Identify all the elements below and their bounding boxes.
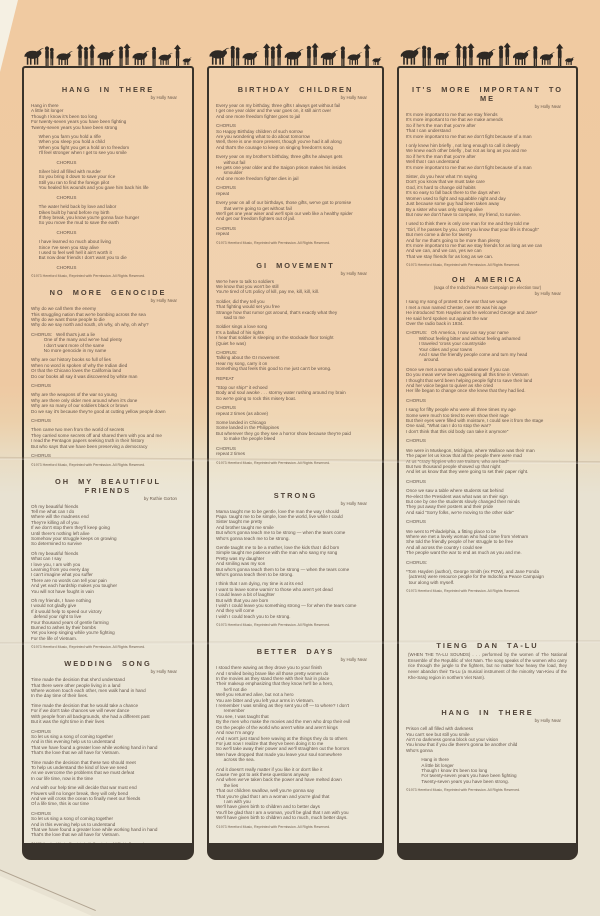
- lyric-paragraph: I only knew him briefly , not long enoug…: [406, 143, 569, 170]
- copyright-notice: ©1973 Hereford Music, Reprinted with Per…: [216, 623, 375, 627]
- song-credit: by Holly Near: [31, 298, 177, 303]
- lyric-paragraph: Mama taught me to be gentle, love the ma…: [216, 509, 375, 541]
- lyric-paragraph: CHORUS:Talking about the GI movementHear…: [216, 350, 375, 372]
- lyric-line: CHORUS: [31, 195, 185, 200]
- lyric-paragraph: Some landed in ChicagoSome landed in the…: [216, 420, 375, 442]
- lyric-line: CHORUS: [31, 418, 185, 423]
- copyright-notice: ©1973 Hereford Music, Reprinted with Per…: [406, 263, 569, 267]
- lyric-paragraph: And with our help time will decide that …: [31, 785, 185, 807]
- lyric-paragraph: Gentle taught me to be a mother, love th…: [216, 545, 375, 577]
- song-title: BIRTHDAY CHILDREN: [216, 85, 375, 94]
- lyric-paragraph: CHORUS: [406, 519, 569, 524]
- song-title: WEDDING SONG: [31, 659, 185, 668]
- lyric-paragraph: Why are the weapons of the war so youngW…: [31, 392, 185, 414]
- lyric-paragraph: Oh my beautiful friendsWhat can I sayI l…: [31, 551, 185, 594]
- lyric-line: to make the people bleed: [216, 436, 375, 441]
- song-wedding-song: WEDDING SONGby Holly NearTime made the d…: [31, 659, 185, 843]
- lyric-line: In the day time of their lives.: [31, 693, 185, 698]
- lyric-line: You will not have fought in vain: [31, 589, 185, 594]
- lyric-paragraph: CHORUS: [31, 418, 185, 423]
- lyric-line: But now dear friends I don't want you to…: [31, 255, 185, 260]
- lyric-line: Do we say it's because they're good at c…: [31, 409, 185, 414]
- lyric-line: I don't think that this old body can tak…: [406, 429, 569, 434]
- lyric-line: Over the radio back in 1934.: [406, 321, 569, 326]
- song-hang-in-there: HANG IN THEREby Holly NearHang in thereA…: [31, 85, 185, 278]
- lyric-line: It's more important to me that we don't …: [406, 134, 569, 139]
- lyric-line: Why do we say north and south, oh why, o…: [31, 322, 185, 327]
- song-title: GI MOVEMENT: [216, 261, 375, 270]
- column-frame: BIRTHDAY CHILDRENby Holly NearEvery year…: [207, 66, 384, 860]
- lyrics-column-3: IT'S MORE IMPORTANT TO MEby Holly NearIt…: [397, 66, 578, 860]
- frame-bottom-bar: [23, 843, 193, 859]
- lyric-paragraph: CHORUSSo let us sing a song of coming to…: [31, 811, 185, 838]
- lyric-line: The people want the war to end as much a…: [406, 550, 569, 555]
- song-title: IT'S MORE IMPORTANT TO ME: [406, 85, 569, 103]
- lyric-line: (Quiet he was): [216, 341, 375, 346]
- lyric-line: CHORUS: [406, 519, 569, 524]
- copyright-notice: ©1973 Hereford Music, Reprinted with Per…: [31, 645, 185, 649]
- lyric-paragraph: I sang my song of protest to the war tha…: [406, 299, 569, 326]
- lyric-paragraph: CHORUSrepeat: [216, 226, 375, 237]
- lyric-paragraph: CHORUS: [31, 160, 185, 165]
- song-title: BETTER DAYS: [216, 647, 375, 656]
- lyric-paragraph: I used to think there is only one man fo…: [406, 221, 569, 259]
- lyric-line: It's more important to me that we don't …: [406, 165, 569, 170]
- lyric-paragraph: CHORUS: [31, 230, 185, 235]
- lyric-paragraph: Time made the decision that he would tak…: [31, 703, 185, 725]
- lyric-line: But who says that we have been preservin…: [31, 444, 185, 449]
- copyright-notice: ©1973 Hereford Music, Reprinted with Per…: [216, 461, 375, 465]
- lyric-line: But now we don't have to compete, my fri…: [406, 212, 569, 217]
- lyric-paragraph: Every year on my birthday, three gifts I…: [216, 103, 375, 119]
- lyric-line: repeat 2 times (as above): [216, 411, 375, 416]
- lyric-line: CHORUS: [31, 453, 185, 458]
- lyric-paragraph: "Stop our ship!" it echoedBody and soul …: [216, 385, 375, 401]
- lyric-line: Who's gonna teach them to be strong.: [216, 572, 375, 577]
- lyric-paragraph: Prison cell all filled with darknessYou …: [406, 726, 569, 753]
- song-credit: by Holly Near: [31, 669, 177, 674]
- lyric-line: REPEAT: [216, 376, 375, 381]
- lyric-line: across the sea.: [216, 757, 375, 762]
- lyric-paragraph: CHORUS: Well that's just a lie One of th…: [31, 332, 185, 354]
- lyric-paragraph: We went to Philadelphia, a fitting place…: [406, 529, 569, 556]
- lyric-paragraph: CHORUS: [31, 195, 185, 200]
- lyric-paragraph: And it doesn't really matter if you like…: [216, 767, 375, 821]
- lyric-line: And said "Sorry folks, we're moving to t…: [406, 510, 569, 515]
- song-title: HANG IN THERE: [31, 85, 185, 94]
- lyric-paragraph: CHORUS: [406, 479, 569, 484]
- song-credit: by Holly Near: [406, 104, 561, 109]
- lyric-line: And that's the courage to keep on singin…: [216, 145, 375, 150]
- copyright-notice: ©1973 Hereford Music, Reprinted with Per…: [31, 274, 185, 278]
- lyric-line: No more genocide in my name: [31, 348, 185, 353]
- farmers-buffalo-frieze: [23, 39, 193, 66]
- lyric-line: said to me: [216, 315, 375, 320]
- column-frame: HANG IN THEREby Holly NearHang in thereA…: [22, 66, 194, 860]
- lyric-line: So determined to survive: [31, 541, 185, 546]
- lyric-line: Of a life time, this is our time: [31, 801, 185, 806]
- lyric-paragraph: Once we saw a table where students sat b…: [406, 488, 569, 515]
- lyric-paragraph: CHORUS: [31, 453, 185, 458]
- lyric-paragraph: REPEAT: [216, 376, 375, 381]
- column-content: IT'S MORE IMPORTANT TO MEby Holly NearIt…: [399, 68, 576, 843]
- lyric-line: CHORUS: [31, 383, 185, 388]
- song-note: (WHEN THE TA-LU SOUNDS) . . . performed …: [408, 652, 567, 680]
- lyric-line: CHORUS: [31, 265, 185, 270]
- song-credit: by Holly Near: [216, 501, 367, 506]
- lyric-line: Every year on all of our birthdays, thos…: [216, 200, 375, 205]
- lyric-paragraph: CHORUS: Oh America, I now can say your n…: [406, 330, 569, 362]
- frame-bottom-bar: [208, 843, 383, 859]
- song-better-days: BETTER DAYSby Holly NearI stood there wa…: [216, 647, 375, 828]
- song-credit: by Ruthie Gorton: [31, 496, 177, 501]
- lyric-line: CHORUS: [406, 438, 569, 443]
- lyric-paragraph: Once we met a woman who said answer if y…: [406, 367, 569, 394]
- lyric-line: That's the love that we all have for Vie…: [31, 832, 185, 837]
- column-frame: IT'S MORE IMPORTANT TO MEby Holly NearIt…: [397, 66, 578, 860]
- lyric-paragraph: CHORUSrepeat 2 times (as above): [216, 405, 375, 416]
- song-title: NO MORE GENOCIDE: [31, 288, 185, 297]
- lyric-line: So you move the mud to save the earth: [31, 220, 185, 225]
- lyric-line: For the life of Vietnam.: [31, 636, 185, 641]
- lyrics-column-2: BIRTHDAY CHILDRENby Holly NearEvery year…: [207, 66, 384, 860]
- lyric-paragraph: CHORUS: [31, 265, 185, 270]
- lyric-line: CHORUS: [406, 398, 569, 403]
- lyric-paragraph: Soldier sings a love songIt's a ballad o…: [216, 324, 375, 346]
- lyric-line: And one more freedom fighter dies in jai…: [216, 176, 375, 181]
- lyric-paragraph: CHORUSrepeat 2 times: [216, 446, 375, 457]
- song-subtitle: (saga of the Indochina Peace Campaign pr…: [406, 285, 569, 290]
- farmers-buffalo-frieze: [208, 39, 383, 66]
- lyric-paragraph: It's more important to me that we stay f…: [406, 112, 569, 139]
- lyric-paragraph: Silver bird all filled with murder So yo…: [31, 169, 185, 191]
- lyric-paragraph: Why are our history books so full of lie…: [31, 357, 185, 379]
- lyric-line: CHORUS: [31, 230, 185, 235]
- paper-corner-top-left: [0, 0, 18, 72]
- lyric-line: And get our freedom fighters out of jail…: [216, 216, 375, 221]
- lyric-line: repeat: [216, 191, 375, 196]
- song-title: STRONG: [216, 491, 375, 500]
- lyric-paragraph: CHORUSSo let us sing a song of coming to…: [31, 729, 185, 756]
- lyric-line: But it was the right time in their lives: [31, 719, 185, 724]
- lyric-line: That's the love that we all have for Vie…: [31, 750, 185, 755]
- lyric-line: I wish I could teach you to be strong.: [216, 614, 375, 619]
- lyric-line: That we stay friends for as long as we c…: [406, 254, 569, 259]
- lyric-paragraph: CHORUS:: [406, 560, 569, 565]
- lyric-paragraph: Oh my beautiful friendsTell me what can …: [31, 504, 185, 547]
- lyric-paragraph: Sister, do you hear what I'm sayingDon't…: [406, 174, 569, 217]
- lyric-paragraph: The water held back by love and labor Di…: [31, 204, 185, 226]
- lyric-line: So we're going to rock this misery boat.: [216, 396, 375, 401]
- lyric-paragraph: Soldier, did they tell youThat fighting …: [216, 299, 375, 321]
- paper-corner-bottom-left: [0, 876, 92, 916]
- song-title: OH MY BEAUTIFUL FRIENDS: [31, 477, 185, 495]
- lyric-paragraph: Oh my friends, I have nothingI would not…: [31, 598, 185, 641]
- lyric-line: tour along with myself.: [406, 580, 569, 585]
- song-birthday-children: BIRTHDAY CHILDRENby Holly NearEvery year…: [216, 85, 375, 245]
- lyric-line: And let us know that they were going to …: [406, 469, 569, 474]
- lyric-paragraph: I think that I am dying, my time is at i…: [216, 581, 375, 619]
- song-it-s-more-important-to-me: IT'S MORE IMPORTANT TO MEby Holly NearIt…: [406, 85, 569, 267]
- lyrics-column-1: HANG IN THEREby Holly NearHang in thereA…: [22, 66, 194, 860]
- lyric-line: repeat: [216, 231, 375, 236]
- lyric-line: CHORUS: [406, 479, 569, 484]
- farmers-buffalo-frieze: [398, 39, 577, 66]
- song-gi-movement: GI MOVEMENTby Holly NearWe're here to ta…: [216, 261, 375, 465]
- lyric-line: CHORUS:: [406, 560, 569, 565]
- lyric-paragraph: I sang for fifty people who were all thr…: [406, 407, 569, 434]
- lyric-line: repeat 2 times: [216, 451, 375, 456]
- song-title: OH AMERICA: [406, 275, 569, 284]
- lyric-paragraph: I have learned so much about living Sinc…: [31, 239, 185, 261]
- lyric-line: Who's gonna teach me to be strong.: [216, 536, 375, 541]
- lyric-line: Do our books all say it was discovered b…: [31, 374, 185, 379]
- song-credit: by Holly Near: [216, 271, 367, 276]
- lyric-line: We'll have given birth to children and t…: [216, 815, 375, 820]
- lyric-line: And one more freedom fighter goes to jai…: [216, 114, 375, 119]
- song-oh-america: OH AMERICA(saga of the Indochina Peace C…: [406, 275, 569, 593]
- lyric-line: Her life began to change once she knew t…: [406, 388, 569, 393]
- song-credit: by Holly Near: [406, 291, 561, 296]
- lyric-line: You healed his wounds and you gave him b…: [31, 185, 185, 190]
- lyric-line: CHORUS: [31, 160, 185, 165]
- lyric-paragraph: Why do we call them the enemyThis strugg…: [31, 306, 185, 328]
- lyric-line: Twenty-seven years you have been strong.: [406, 779, 569, 784]
- lyric-line: Something that feels this good to me jus…: [216, 366, 375, 371]
- lyric-paragraph: CHORUSrepeat: [216, 185, 375, 196]
- lyric-paragraph: CHORUS: [406, 438, 569, 443]
- lyric-paragraph: Every year on all of our birthdays, thos…: [216, 200, 375, 222]
- song-tieng-dan-ta-lu: TIENG DAN TA-LU(WHEN THE TA-LU SOUNDS) .…: [406, 641, 569, 680]
- lyric-line: around.: [406, 357, 569, 362]
- lyric-paragraph: We were in Muskegon, Michigan, where Wal…: [406, 448, 569, 475]
- song-hang-in-there: HANG IN THEREby Holly NearPrison cell al…: [406, 708, 569, 792]
- lyric-paragraph: CHORUS: [31, 383, 185, 388]
- copyright-notice: ©1973 Hereford Music, Reprinted with Per…: [216, 241, 375, 245]
- lyric-line: Who's gonna: [406, 748, 569, 753]
- lyric-paragraph: Then came two men from the world of secr…: [31, 427, 185, 449]
- lyric-paragraph: Every year on my brother's birthday, thr…: [216, 154, 375, 181]
- song-credit: by Holly Near: [216, 657, 367, 662]
- lyric-line: Twenty-seven years you have been strong: [31, 125, 185, 130]
- copyright-notice: ©1973 Hereford Music, Reprinted with Per…: [406, 788, 569, 792]
- song-credit: by Holly Near: [216, 95, 367, 100]
- lyric-sheet-page: HANG IN THEREby Holly NearHang in thereA…: [0, 0, 600, 916]
- lyric-line: I'll feel stronger when I get to see you…: [31, 150, 185, 155]
- copyright-notice: ©1973 Hereford Music, Reprinted with Per…: [406, 589, 569, 593]
- lyric-paragraph: CHORUSSo Happy Birthday children of such…: [216, 123, 375, 150]
- copyright-notice: ©1973 Hereford Music, Reprinted with Per…: [216, 825, 375, 829]
- lyric-line: You're tired of US policy of kill, pay m…: [216, 289, 375, 294]
- lyric-paragraph: We're here to talk to soldiersWe know th…: [216, 279, 375, 295]
- lyric-paragraph: CHORUS: [406, 398, 569, 403]
- song-title: HANG IN THERE: [406, 708, 569, 717]
- lyric-paragraph: Time made the decision that she'd unders…: [31, 677, 185, 699]
- lyric-paragraph: I stood there waving as they drove you t…: [216, 665, 375, 762]
- frame-bottom-bar: [398, 843, 577, 859]
- song-title: TIENG DAN TA-LU: [406, 641, 569, 650]
- column-content: BIRTHDAY CHILDRENby Holly NearEvery year…: [209, 68, 382, 843]
- copyright-notice: ©1973 Hereford Music, Reprinted with Per…: [31, 463, 185, 467]
- song-credit: by Holly Near: [406, 718, 561, 723]
- lyric-paragraph: Hang in thereA little bit longerThough I…: [31, 103, 185, 130]
- song-credit: by Holly Near: [31, 95, 177, 100]
- lyric-paragraph: *Tom Hayden (author), George Smith (ex P…: [406, 569, 569, 585]
- lyric-paragraph: Time made the decision that these two sh…: [31, 760, 185, 782]
- lyric-paragraph: When you farm you hold a rifle When you …: [31, 134, 185, 156]
- song-no-more-genocide: NO MORE GENOCIDEby Holly NearWhy do we c…: [31, 288, 185, 466]
- song-oh-my-beautiful-friends: OH MY BEAUTIFUL FRIENDSby Ruthie GortonO…: [31, 477, 185, 650]
- column-content: HANG IN THEREby Holly NearHang in thereA…: [24, 68, 192, 843]
- lyric-paragraph: Hang in there A little bit longer Though…: [406, 757, 569, 784]
- song-strong: STRONGby Holly NearMama taught me to be …: [216, 491, 375, 628]
- lyric-line: In our life time, now is the time: [31, 776, 185, 781]
